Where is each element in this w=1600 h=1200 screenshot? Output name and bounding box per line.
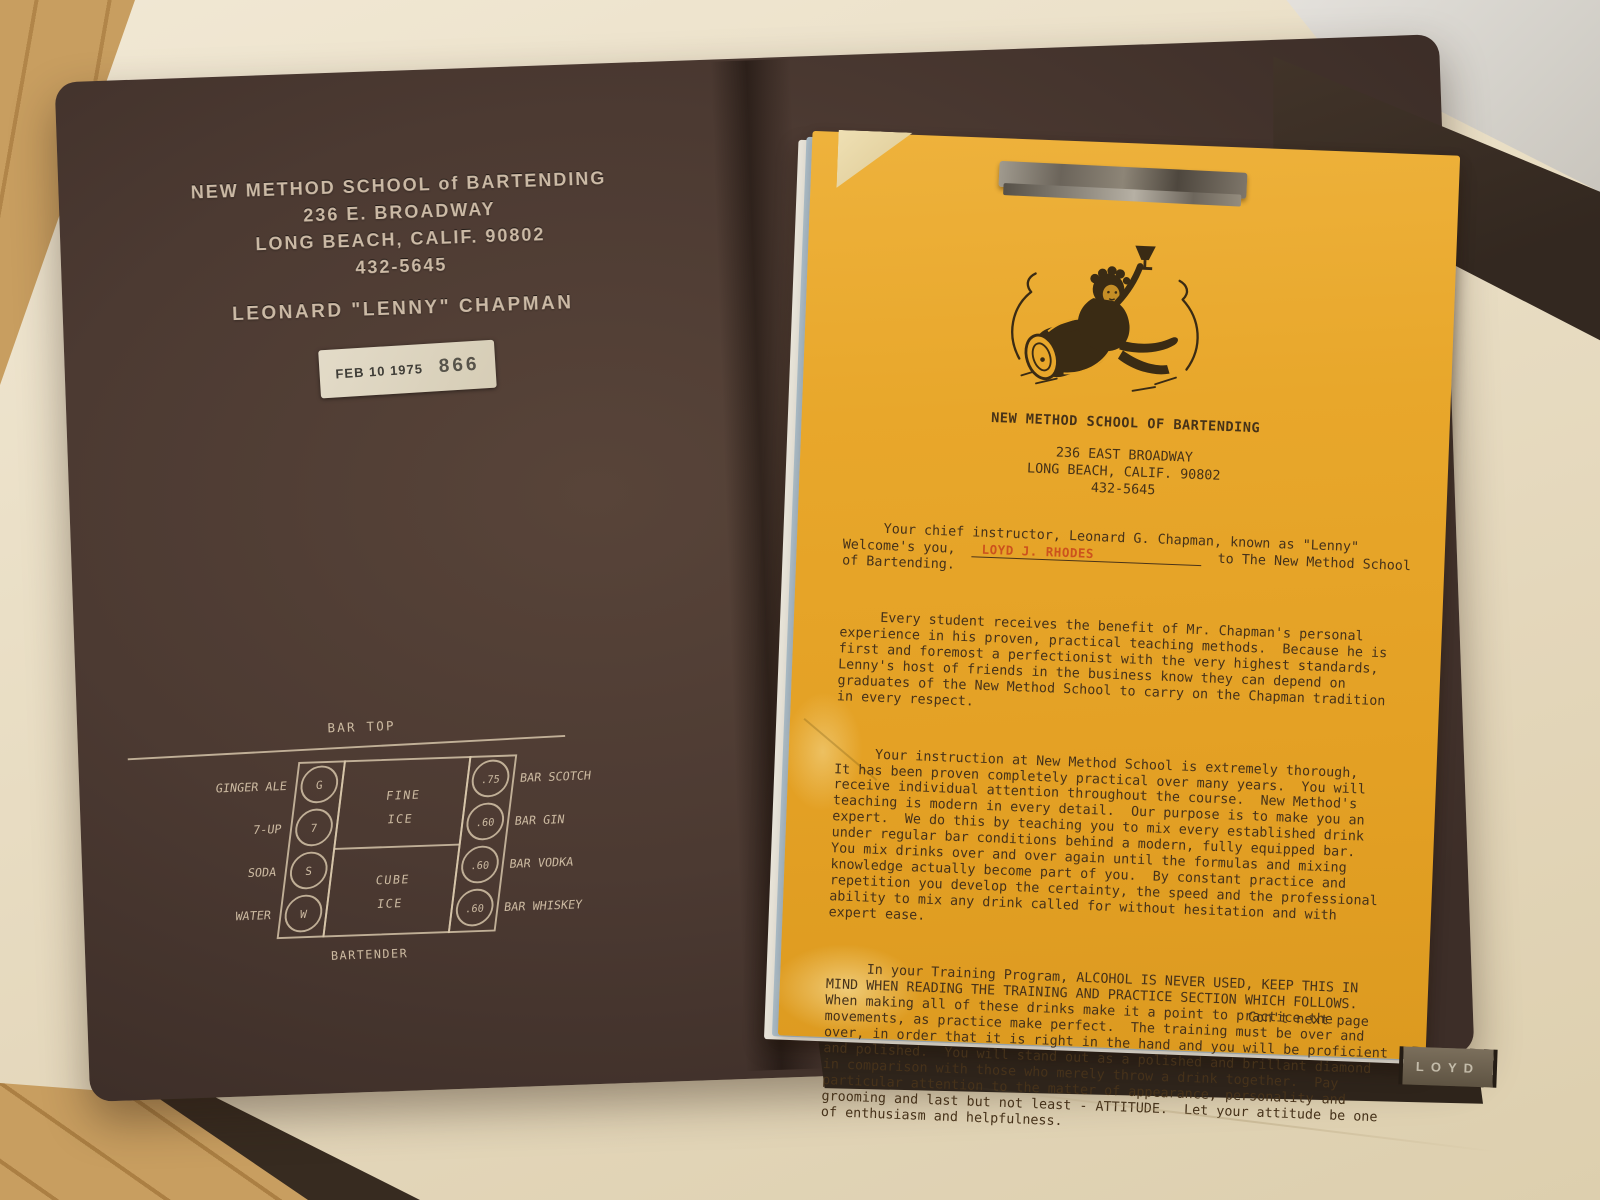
svg-text:ICE: ICE: [387, 812, 414, 827]
date-stamp-label: FEB 10 1975 866: [318, 340, 497, 399]
liquor-price: .60: [475, 817, 495, 830]
folded-corner: [836, 130, 912, 191]
liquor-label: BAR GIN: [514, 812, 565, 828]
liquor-label: BAR WHISKEY: [503, 897, 583, 914]
binder-name-tab: LOYD: [1402, 1046, 1493, 1087]
bartender-label: BARTENDER: [331, 946, 409, 963]
liquor-price: .60: [464, 903, 484, 916]
mixer-key: G: [315, 779, 323, 792]
yellow-welcome-page: NEW METHOD SCHOOL OF BARTENDING 236 EAST…: [778, 131, 1460, 1060]
school-name: NEW METHOD SCHOOL OF BARTENDING: [802, 403, 1450, 444]
paragraph-3: Your instruction at New Method School is…: [828, 746, 1420, 943]
embossed-title-block: NEW METHOD SCHOOL of BARTENDING 236 E. B…: [78, 79, 721, 333]
photo-of-open-bartending-school-binder: NEW METHOD SCHOOL of BARTENDING 236 E. B…: [0, 0, 1600, 1200]
mixer-key: 7: [310, 822, 318, 835]
diagram-title: BAR TOP: [327, 718, 396, 735]
mixer-label: WATER: [235, 908, 273, 923]
cube-ice-label: CUBE: [375, 872, 411, 887]
liquor-price: .75: [480, 774, 500, 787]
mixer-label: 7-UP: [252, 822, 282, 837]
paragraph-1: Your chief instructor, Leonard G. Chapma…: [842, 520, 1429, 591]
mixer-label: GINGER ALE: [215, 779, 288, 795]
mixer-label: SODA: [247, 865, 277, 880]
liquor-label: BAR VODKA: [509, 855, 575, 871]
liquor-price: .60: [470, 860, 490, 873]
diagram-table: GINGER ALE 7-UP SODA WATER G 7 S W FINE …: [197, 752, 601, 940]
left-cover-page: NEW METHOD SCHOOL of BARTENDING 236 E. B…: [78, 79, 747, 1091]
paragraph-2: Every student receives the benefit of Mr…: [837, 610, 1426, 728]
liquor-label: BAR SCOTCH: [519, 768, 592, 784]
cherub-bacchus-illustration: [994, 236, 1214, 408]
typed-body-text: Your chief instructor, Leonard G. Chapma…: [819, 488, 1430, 1183]
stamp-date: FEB 10 1975: [335, 361, 423, 381]
bar-top-diagram: BAR TOP GINGER ALE 7-UP SODA WATER G 7 S…: [118, 704, 607, 979]
fine-ice-label: FINE: [385, 788, 421, 803]
mixer-key: W: [299, 908, 308, 921]
stamp-number: 866: [438, 354, 480, 378]
metal-clip: [998, 161, 1247, 199]
mixer-key: S: [305, 865, 313, 878]
wine-glass: [1135, 246, 1156, 261]
instructor-name: LEONARD "LENNY" CHAPMAN: [85, 284, 721, 333]
paragraph-4: In your Training Program, ALCOHOL IS NEV…: [821, 961, 1413, 1142]
svg-text:ICE: ICE: [376, 896, 403, 911]
